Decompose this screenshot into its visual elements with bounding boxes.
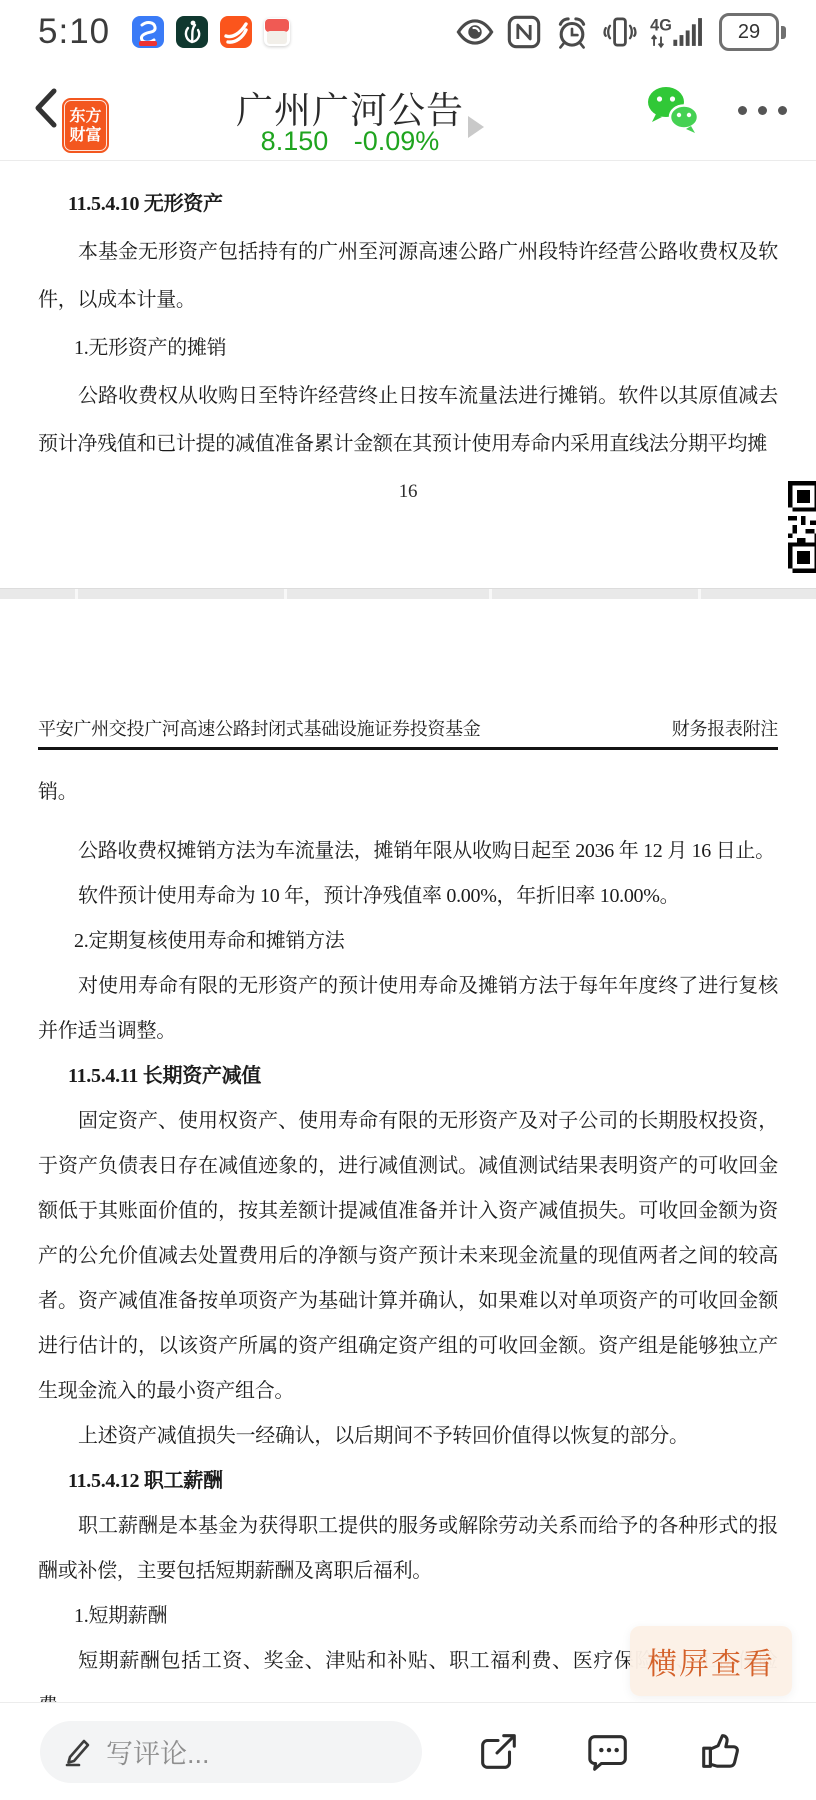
doc-block-pagenum: 16	[38, 468, 778, 516]
doc-block-cont: 销。	[38, 770, 778, 815]
doc-block-para: 固定资产、使用权资产、使用寿命有限的无形资产及对子公司的长期股权投资，于资产负债…	[38, 1099, 778, 1414]
back-button[interactable]	[30, 86, 60, 130]
stock-quote[interactable]: 8.150 -0.09%	[170, 126, 530, 157]
doc-block-para: 职工薪酬是本基金为获得职工提供的服务或解除劳动关系而给予的各种形式的报酬或补偿，…	[38, 1504, 778, 1594]
doc-block-para: 软件预计使用寿命为 10 年，预计净残值率 0.00%，年折旧率 10.00%。	[38, 874, 778, 919]
edit-pencil-icon	[60, 1735, 94, 1769]
landscape-view-button[interactable]: 横屏查看	[630, 1626, 792, 1696]
doc-block-sub: 1.无形资产的摊销	[38, 324, 778, 372]
clock-time: 5:10	[38, 12, 110, 52]
dark-green-app-icon	[176, 16, 208, 48]
share-icon[interactable]	[475, 1729, 521, 1775]
page-17-text: 销。公路收费权摊销方法为车流量法，摊销年限从收购日起至 2036 年 12 月 …	[38, 770, 778, 1729]
notification-app-icons	[132, 16, 290, 48]
doc-block-sub: 2.定期复核使用寿命和摊销方法	[38, 919, 778, 964]
document-running-header: 平安广州交投广河高速公路封闭式基础设施证券投资基金 财务报表附注	[38, 716, 778, 742]
doc-block-para: 上述资产减值损失一经确认，以后期间不予转回价值得以恢复的部分。	[38, 1414, 778, 1459]
blue-app-icon	[132, 16, 164, 48]
pdf-page-16: 11.5.4.10 无形资产本基金无形资产包括持有的广州至河源高速公路广州段特许…	[0, 170, 816, 516]
doc-block-heading: 11.5.4.11 长期资产减值	[38, 1054, 778, 1099]
doc-block-para: 对使用寿命有限的无形资产的预计使用寿命及摊销方法于每年年度终了进行复核并作适当调…	[38, 964, 778, 1054]
header-rule	[38, 747, 778, 750]
status-bar: 5:10	[0, 0, 816, 58]
comment-placeholder: 写评论...	[106, 1732, 210, 1771]
eye-protection-icon	[456, 17, 494, 47]
battery-indicator: 29	[719, 13, 786, 51]
status-indicators: 4G 29	[456, 13, 786, 51]
app-header: 东方 财富 广州广河公告 8.150 -0.09%	[0, 58, 816, 161]
pdf-page-17: 平安广州交投广河高速公路封闭式基础设施证券投资基金 财务报表附注 销。公路收费权…	[0, 716, 816, 1729]
stock-price: 8.150	[261, 126, 329, 156]
qr-code	[788, 481, 816, 573]
red-cube-app-icon	[264, 18, 290, 46]
eastmoney-app-icon	[220, 16, 252, 48]
vibrate-icon	[603, 15, 637, 49]
svg-text:4G: 4G	[650, 16, 672, 34]
doc-block-para: 本基金无形资产包括持有的广州至河源高速公路广州段特许经营公路收费权及软件，以成本…	[38, 228, 778, 324]
fund-name: 平安广州交投广河高速公路封闭式基础设施证券投资基金	[38, 716, 481, 742]
nfc-icon	[507, 15, 541, 49]
doc-block-heading: 11.5.4.10 无形资产	[38, 180, 778, 228]
bottom-toolbar: 写评论...	[0, 1702, 816, 1800]
more-menu-button[interactable]	[738, 106, 787, 115]
thumbs-up-icon[interactable]	[697, 1729, 743, 1775]
alarm-icon	[554, 15, 590, 49]
doc-block-para: 公路收费权摊销方法为车流量法，摊销年限从收购日起至 2036 年 12 月 16…	[38, 829, 778, 874]
doc-block-heading: 11.5.4.12 职工薪酬	[38, 1459, 778, 1504]
section-name: 财务报表附注	[672, 716, 778, 742]
wechat-share-icon[interactable]	[645, 84, 701, 136]
comment-bubble-icon[interactable]	[586, 1729, 632, 1775]
battery-percent: 29	[738, 21, 760, 44]
doc-block-para: 公路收费权从收购日至特许经营终止日按车流量法进行摊销。软件以其原值减去预计净残值…	[38, 372, 778, 468]
4g-signal-icon: 4G	[650, 15, 706, 49]
stock-change: -0.09%	[354, 126, 440, 156]
comment-input[interactable]: 写评论...	[40, 1721, 422, 1783]
page-separator	[0, 588, 816, 599]
eastmoney-logo[interactable]: 东方 财富	[62, 98, 109, 153]
